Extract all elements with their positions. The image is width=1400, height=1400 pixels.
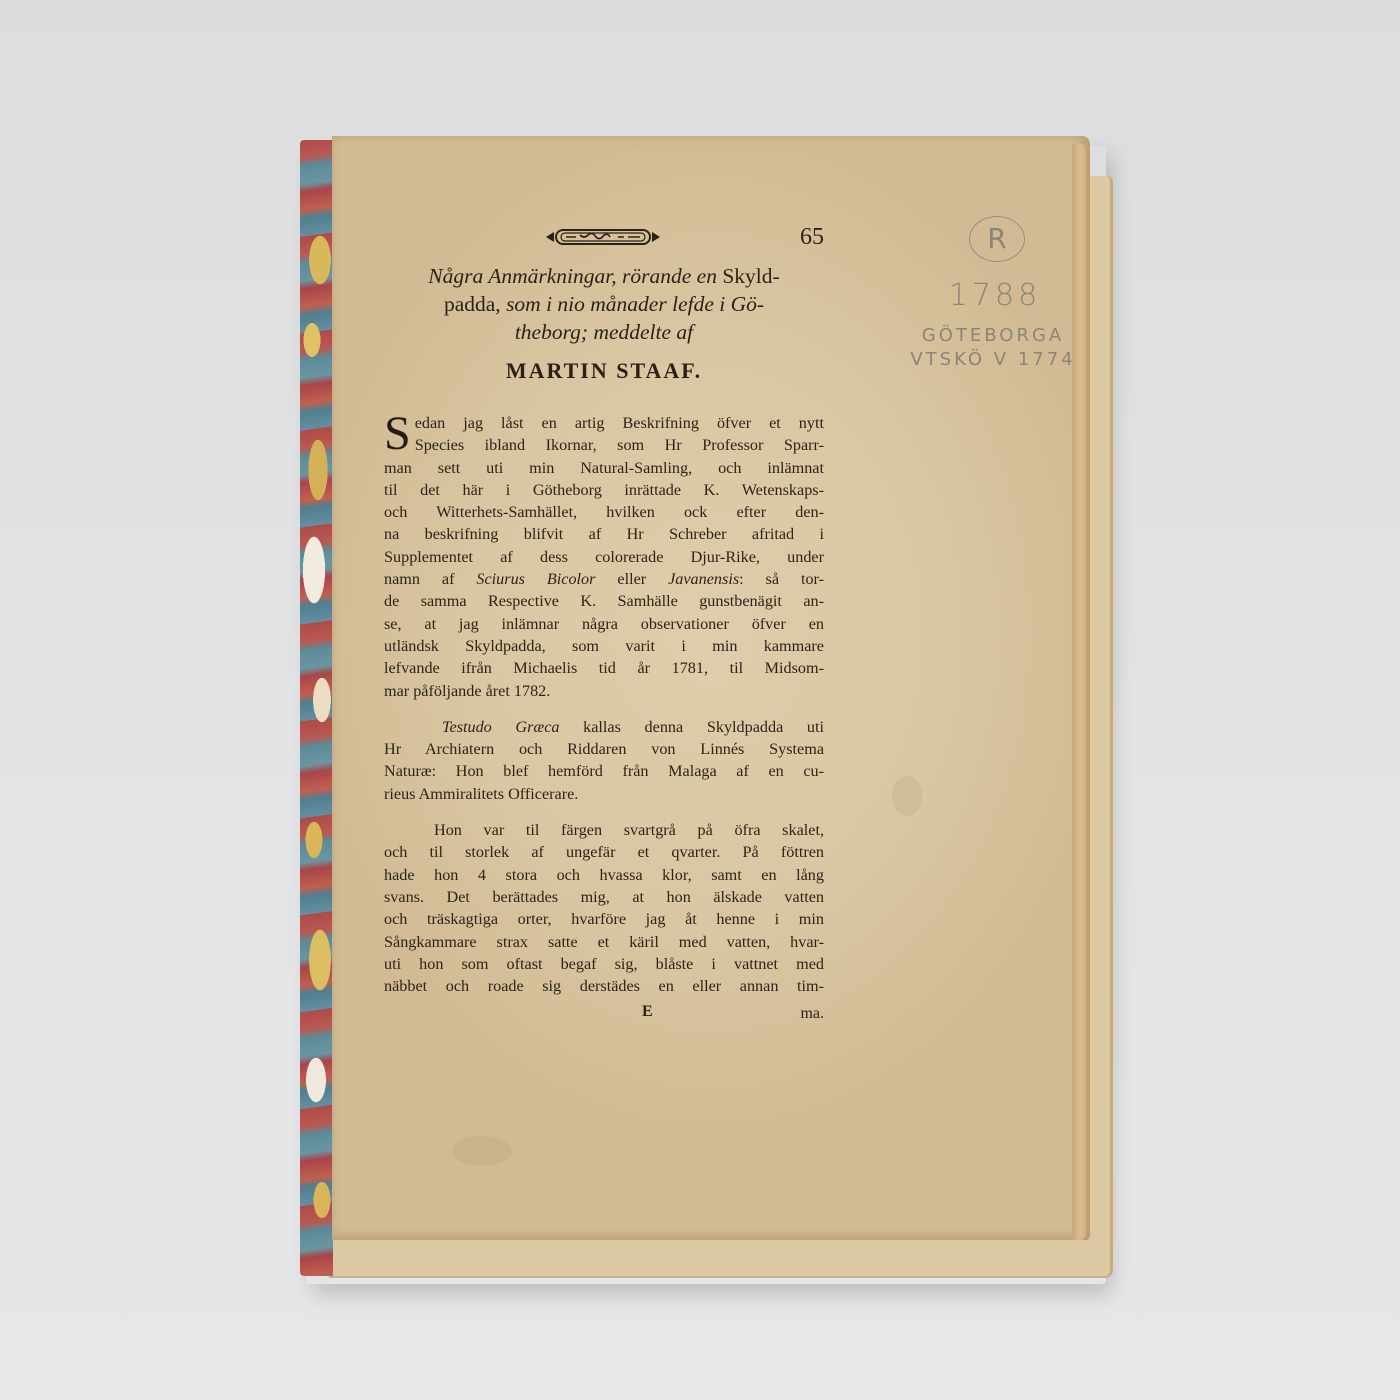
title-roman-2: padda, <box>444 292 501 316</box>
title-roman-1: Skyld- <box>722 264 779 288</box>
text-line: man sett uti min Natural-Samling, och in… <box>384 457 824 479</box>
text-line-latin-names: namn af Sciurus Bicolor eller Javanensis… <box>384 568 824 590</box>
reference-note: VTSKÖ V 1774 <box>906 349 1080 371</box>
text-line: svans. Det berättades mig, at hon älskad… <box>384 886 824 908</box>
year-note: 1788 <box>910 278 1080 313</box>
paragraph-1: S edan jag låst en artig Beskrifning öfv… <box>384 412 824 702</box>
marbled-paper-spine <box>300 140 333 1276</box>
text-line: Naturæ: Hon blef hemförd från Malaga af … <box>384 760 824 782</box>
latin-name: Testudo Græca <box>442 718 560 736</box>
body-text: S edan jag låst en artig Beskrifning öfv… <box>384 412 824 997</box>
text-fragment: : så tor- <box>739 570 824 588</box>
text-line: til det här i Götheborg inrättade K. Wet… <box>384 479 824 501</box>
author-name: MARTIN STAAF. <box>384 358 824 384</box>
text-fragment: kallas denna Skyldpadda uti <box>583 718 824 736</box>
text-line: och Witterhets-Samhället, hvilken ock ef… <box>384 501 824 523</box>
circled-letter-note: R <box>969 216 1025 262</box>
page-footer: E ma. <box>384 1003 824 1029</box>
headpiece-ornament-icon <box>544 228 662 246</box>
text-line: hade hon 4 stora och hvassa klor, samt e… <box>384 864 824 886</box>
text-line: mar påföljande året 1782. <box>384 680 824 702</box>
text-line: Species ibland Ikornar, som Hr Professor… <box>384 434 824 456</box>
text-line: na beskrifning blifvit af Hr Schreber af… <box>384 523 824 545</box>
latin-name: Javanensis <box>668 570 739 588</box>
paragraph-2-continued: Hr Archiatern och Riddaren von Linnés Sy… <box>384 738 824 805</box>
text-line: näbbet och roade sig derstädes en eller … <box>384 975 824 997</box>
article-title: Några Anmärkningar, rörande en Skyld- pa… <box>384 262 824 346</box>
text-line: Testudo Græca kallas denna Skyldpadda ut… <box>384 716 824 738</box>
drop-cap: S <box>384 414 411 454</box>
location-note: GÖTEBORGA <box>906 325 1080 347</box>
paragraph-3-continued: och til storlek af ungefär et qvarter. P… <box>384 841 824 997</box>
text-line: uti hon som oftast begaf sig, blåste i v… <box>384 953 824 975</box>
paragraph-2: Testudo Græca kallas denna Skyldpadda ut… <box>384 716 824 738</box>
title-italic-2: som i nio månader lefde i Gö- <box>506 292 764 316</box>
text-fragment: eller <box>617 570 646 588</box>
running-head: 65 <box>384 224 824 258</box>
text-line: Hr Archiatern och Riddaren von Linnés Sy… <box>384 738 824 760</box>
title-italic-3: theborg; meddelte af <box>515 320 693 344</box>
title-italic-1: Några Anmärkningar, rörande en <box>428 264 717 288</box>
paper-stain <box>892 776 922 816</box>
text-line: rieus Ammiralitets Officerare. <box>384 783 824 805</box>
latin-name: Sciurus Bicolor <box>476 570 595 588</box>
catchword: ma. <box>800 1005 824 1023</box>
text-line: och träskagtiga orter, hvarföre jag åt h… <box>384 908 824 930</box>
paper-stain <box>452 1136 512 1166</box>
text-line: Hon var til färgen svartgrå på öfra skal… <box>384 819 824 841</box>
text-line: Sångkammare strax satte et käril med vat… <box>384 931 824 953</box>
text-line: lefvande ifrån Michaelis tid år 1781, ti… <box>384 657 824 679</box>
text-line: de samma Respective K. Samhälle gunstben… <box>384 590 824 612</box>
text-line: Supplementet af dess colorerade Djur-Rik… <box>384 546 824 568</box>
text-fragment: namn af <box>384 570 454 588</box>
text-line: utländsk Skyldpadda, som varit i min kam… <box>384 635 824 657</box>
signature-mark: E <box>642 1003 653 1021</box>
text-line: och til storlek af ungefär et qvarter. P… <box>384 841 824 863</box>
page-number: 65 <box>800 224 824 251</box>
paragraph-3: Hon var til färgen svartgrå på öfra skal… <box>384 819 824 841</box>
text-block: 65 Några Anmärkningar, rörande en Skyld-… <box>384 224 824 1029</box>
pencil-annotations: R 1788 GÖTEBORGA VTSKÖ V 1774 <box>920 216 1080 371</box>
pamphlet: 65 Några Anmärkningar, rörande en Skyld-… <box>300 136 1112 1278</box>
text-line: se, at jag inlämnar några observationer … <box>384 613 824 635</box>
text-line: edan jag låst en artig Beskrifning öfver… <box>384 412 824 434</box>
